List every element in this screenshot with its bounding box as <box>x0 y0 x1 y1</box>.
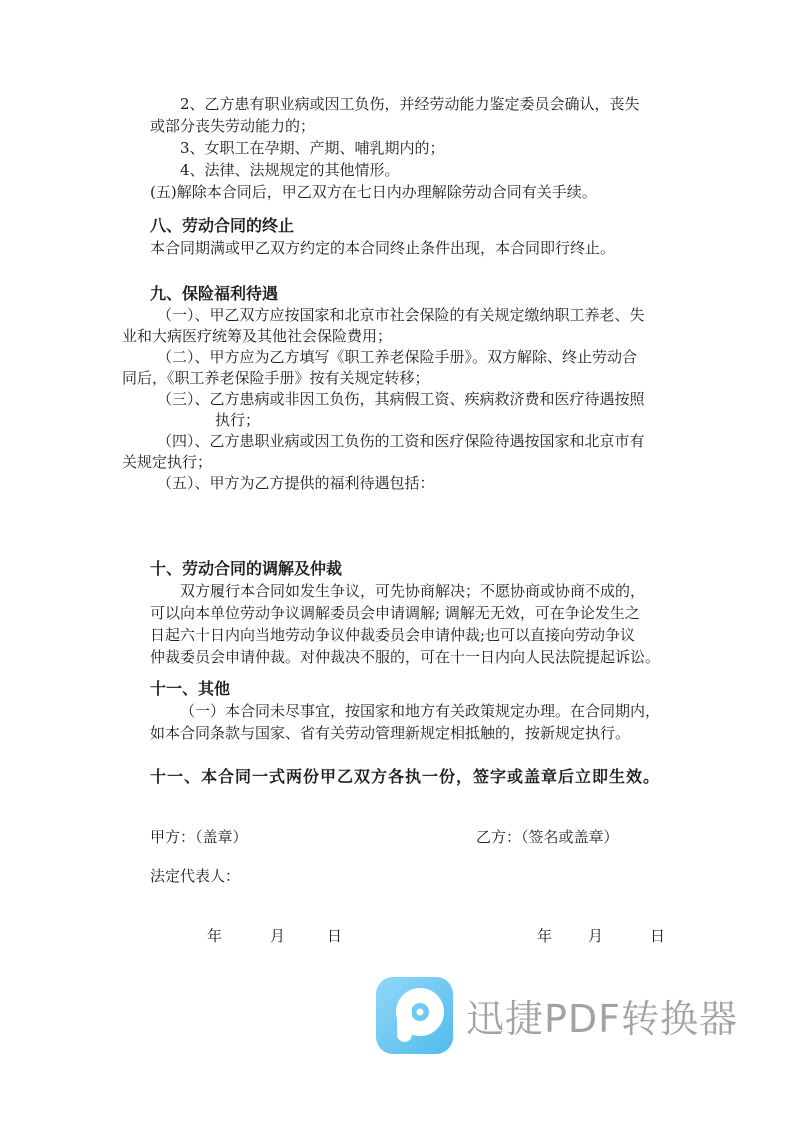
section-heading: 十一、本合同一式两份甲乙双方各执一份，签字或盖章后立即生效。 <box>150 766 690 788</box>
doc-line: 本合同期满或甲乙双方约定的本合同终止条件出现，本合同即行终止。 <box>150 237 690 259</box>
doc-line: （五）、甲方为乙方提供的福利待遇包括： <box>150 473 690 494</box>
document-body: 2、乙方患有职业病或因工负伤，并经劳动能力鉴定委员会确认，丧失或部分丧失劳动能力… <box>150 93 690 788</box>
doc-line: 日起六十日内向当地劳动争议仲裁委员会申请仲裁;也可以直接向劳动争议 <box>150 624 690 646</box>
brand-text: 迅捷PDF转换器 <box>466 988 738 1043</box>
doc-line: （一）、甲乙双方应按国家和北京市社会保险的有关规定缴纳职工养老、失 <box>150 305 690 326</box>
section: 十一、本合同一式两份甲乙双方各执一份，签字或盖章后立即生效。 <box>150 766 690 788</box>
doc-line: 3、女职工在孕期、产期、哺乳期内的； <box>150 137 690 159</box>
section: 十、劳动合同的调解及仲裁双方履行本合同如发生争议，可先协商解决；不愿协商或协商不… <box>150 558 690 668</box>
party-a-seal-label: 甲方：（盖章） <box>150 828 248 846</box>
doc-line: （四）、乙方患职业病或因工负伤的工资和医疗保险待遇按国家和北京市有 <box>150 431 690 452</box>
doc-line: 仲裁委员会申请仲裁。对仲裁决不服的，可在十一日内向人民法院提起诉讼。 <box>150 646 690 668</box>
doc-line: （三）、乙方患病或非因工负伤，其病假工资、疾病救济费和医疗待遇按照 <box>150 389 690 410</box>
doc-line: 关规定执行； <box>122 452 690 473</box>
party-b-year-label: 年 <box>537 925 552 947</box>
section-heading: 十一、其他 <box>150 678 690 700</box>
party-a-day-label: 日 <box>327 925 342 947</box>
doc-line: 同后，《职工养老保险手册》按有关规定转移； <box>122 368 690 389</box>
section-heading: 九、保险福利待遇 <box>150 283 690 305</box>
legal-representative-row: 法定代表人： <box>150 865 710 887</box>
doc-line: (五)解除本合同后，甲乙双方在七日内办理解除劳动合同有关手续。 <box>150 181 690 203</box>
party-a-month-label: 月 <box>270 925 285 947</box>
party-b-month-label: 月 <box>588 925 603 947</box>
doc-line: 如本合同条款与国家、省有关劳动管理新规定相抵触的，按新规定执行。 <box>150 722 690 744</box>
party-b-day-label: 日 <box>650 925 665 947</box>
doc-line: 可以向本单位劳动争议调解委员会申请调解; 调解无无效，可在争论发生之 <box>150 602 690 624</box>
doc-line: 2、乙方患有职业病或因工负伤，并经劳动能力鉴定委员会确认，丧失 <box>150 93 690 115</box>
doc-line: 执行； <box>150 410 690 431</box>
party-a-year-label: 年 <box>207 925 222 947</box>
doc-line: （二）、甲方应为乙方填写《职工养老保险手册》。双方解除、终止劳动合 <box>150 347 690 368</box>
pdf-converter-watermark: 迅捷PDF转换器 <box>376 977 738 1054</box>
doc-line: （一）本合同未尽事宜，按国家和地方有关政策规定办理。在合同期内， <box>150 700 690 722</box>
pdf-converter-p-logo-icon <box>376 977 453 1054</box>
legal-representative-label: 法定代表人： <box>150 867 240 885</box>
date-row: 年 月 日 年 月 日 <box>150 925 710 947</box>
section: 十一、其他（一）本合同未尽事宜，按国家和地方有关政策规定办理。在合同期内，如本合… <box>150 678 690 744</box>
doc-line: 双方履行本合同如发生争议，可先协商解决；不愿协商或协商不成的， <box>150 580 690 602</box>
section: 九、保险福利待遇（一）、甲乙双方应按国家和北京市社会保险的有关规定缴纳职工养老、… <box>150 283 690 494</box>
doc-line: 业和大病医疗统筹及其他社会保险费用； <box>122 326 690 347</box>
doc-line: 4、法律、法规规定的其他情形。 <box>150 159 690 181</box>
party-b-sign-label: 乙方：（签名或盖章） <box>476 826 619 848</box>
section: 八、劳动合同的终止本合同期满或甲乙双方约定的本合同终止条件出现，本合同即行终止。 <box>150 215 690 259</box>
signature-parties-row: 甲方：（盖章） 乙方：（签名或盖章） <box>150 826 710 848</box>
section: 2、乙方患有职业病或因工负伤，并经劳动能力鉴定委员会确认，丧失或部分丧失劳动能力… <box>150 93 690 203</box>
contract-document-page: 2、乙方患有职业病或因工负伤，并经劳动能力鉴定委员会确认，丧失或部分丧失劳动能力… <box>0 0 793 1122</box>
section-heading: 八、劳动合同的终止 <box>150 215 690 237</box>
doc-line: 或部分丧失劳动能力的； <box>150 115 690 137</box>
section-heading: 十、劳动合同的调解及仲裁 <box>150 558 690 580</box>
